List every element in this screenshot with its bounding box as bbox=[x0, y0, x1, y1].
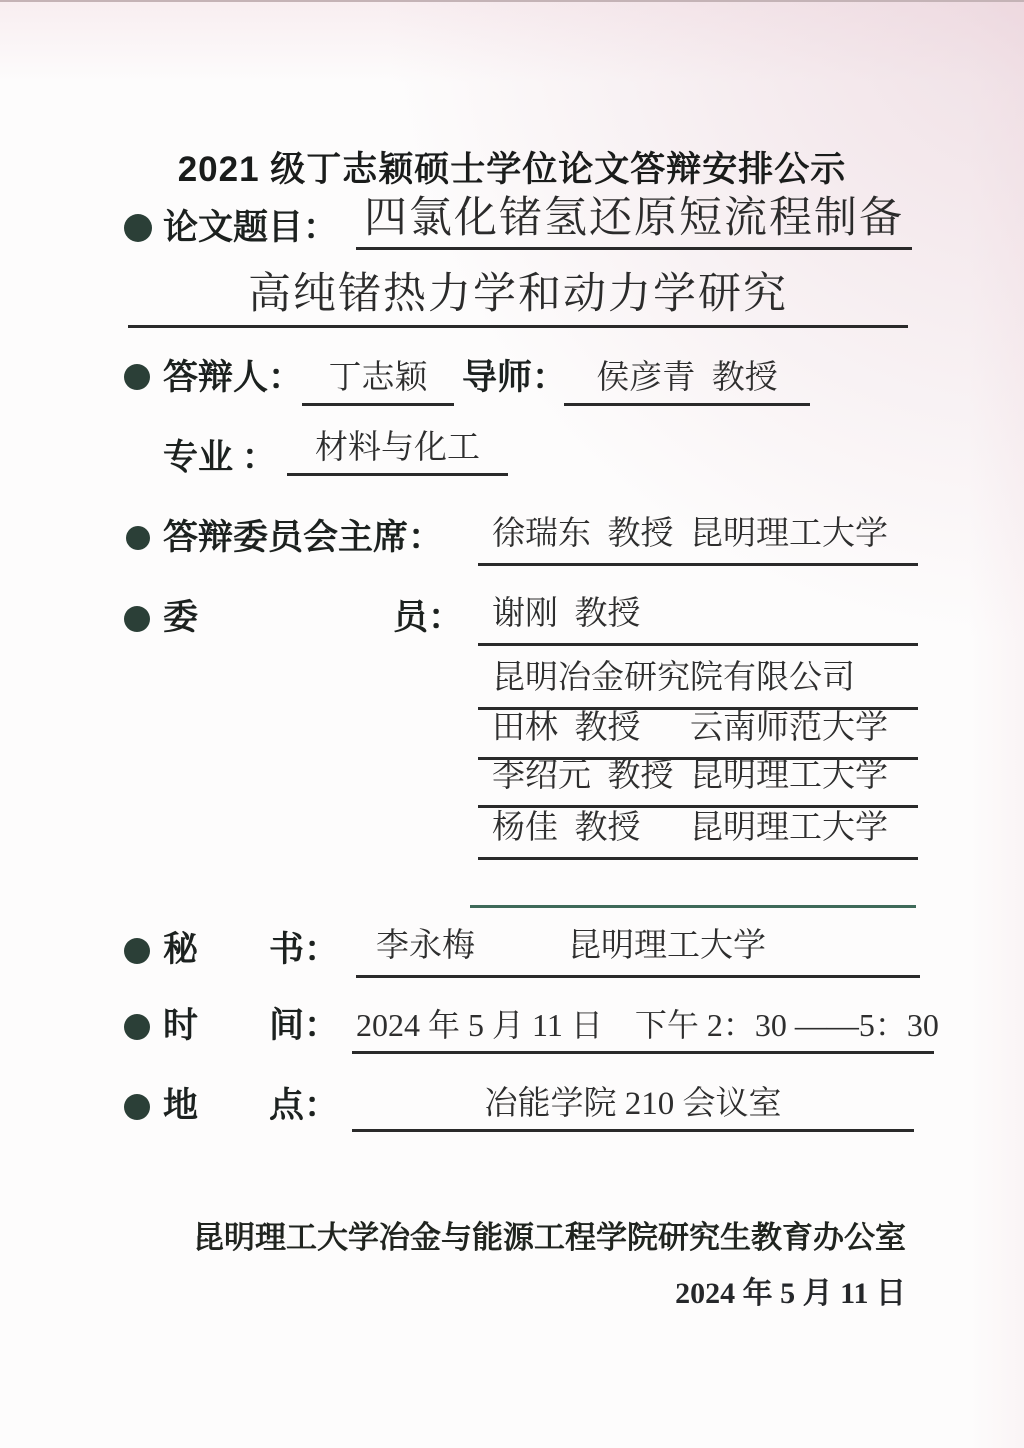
bullet-icon bbox=[124, 364, 150, 390]
committee-member-row: 李绍元 教授 昆明理工大学 bbox=[478, 762, 918, 808]
member-name: 谢刚 教授 bbox=[492, 594, 641, 635]
thesis-title-line2: 高纯锗热力学和动力学研究 bbox=[248, 271, 788, 318]
secretary-name: 李永梅 bbox=[376, 926, 475, 967]
bullet-icon bbox=[124, 1014, 150, 1040]
thesis-label: 论文题目： bbox=[163, 210, 338, 245]
thesis-title-line1-field: 四氯化锗氢还原短流程制备 bbox=[356, 192, 912, 250]
defender-name: 丁志颖 bbox=[329, 360, 428, 396]
bullet-icon bbox=[124, 214, 152, 242]
secretary-label-right: 书： bbox=[269, 932, 339, 967]
chair-org: 昆明理工大学 bbox=[690, 514, 888, 555]
bullet-icon bbox=[126, 526, 150, 550]
advisor-label: 导师： bbox=[462, 360, 567, 395]
scanned-announcement-page: 2021 级丁志颖硕士学位论文答辩安排公示 论文题目： 四氯化锗氢还原短流程制备… bbox=[0, 0, 1024, 1448]
committee-member-row-empty bbox=[470, 870, 916, 908]
thesis-title-line1: 四氯化锗氢还原短流程制备 bbox=[364, 195, 904, 242]
member-org: 云南师范大学 bbox=[690, 708, 888, 749]
defender-name-field: 丁志颖 bbox=[302, 358, 454, 406]
major-value-field: 材料与化工 bbox=[287, 428, 508, 476]
member-name: 田林 教授 bbox=[492, 708, 641, 749]
major-label: 专业 ： bbox=[163, 440, 277, 475]
committee-label: 委 员： bbox=[163, 600, 463, 635]
footer-date: 2024 年 5 月 11 日 bbox=[675, 1268, 906, 1312]
place-label-left: 地 bbox=[163, 1088, 198, 1123]
bullet-icon bbox=[124, 606, 150, 632]
secretary-org: 昆明理工大学 bbox=[568, 926, 766, 967]
chair-value-field: 徐瑞东 教授 昆明理工大学 bbox=[478, 516, 918, 566]
advisor-name: 侯彦青 教授 bbox=[596, 360, 778, 396]
time-label: 时 间： bbox=[163, 1008, 339, 1043]
time-label-right: 间： bbox=[269, 1008, 339, 1043]
time-value: 2024 年 5 月 11 日 下午 2：30 ——5：30 bbox=[356, 1005, 939, 1045]
member-org: 昆明理工大学 bbox=[690, 756, 888, 797]
page-title: 2021 级丁志颖硕士学位论文答辩安排公示 bbox=[0, 142, 1024, 192]
bullet-icon bbox=[124, 1094, 150, 1120]
committee-member-row: 田林 教授 云南师范大学 bbox=[478, 714, 918, 760]
advisor-name-field: 侯彦青 教授 bbox=[564, 358, 810, 406]
chair-label: 答辩委员会主席： bbox=[163, 520, 443, 555]
major-value: 材料与化工 bbox=[315, 430, 480, 466]
place-label-right: 点： bbox=[269, 1088, 339, 1123]
place-label: 地 点： bbox=[163, 1088, 339, 1123]
bullet-icon bbox=[124, 938, 150, 964]
member-org: 昆明理工大学 bbox=[690, 808, 888, 849]
place-value: 冶能学院 210 会议室 bbox=[485, 1086, 782, 1122]
committee-member-row: 昆明冶金研究院有限公司 bbox=[478, 658, 918, 710]
thesis-title-line2-field: 高纯锗热力学和动力学研究 bbox=[128, 268, 908, 328]
member-name: 杨佳 教授 bbox=[492, 808, 641, 849]
member-name: 李绍元 教授 bbox=[492, 756, 674, 797]
secretary-label: 秘 书： bbox=[163, 932, 339, 967]
secretary-label-left: 秘 bbox=[163, 932, 198, 967]
committee-label-left: 委 bbox=[163, 600, 198, 635]
chair-name: 徐瑞东 教授 bbox=[492, 514, 674, 555]
committee-member-row: 杨佳 教授 昆明理工大学 bbox=[478, 814, 918, 860]
committee-member-row: 谢刚 教授 bbox=[478, 596, 918, 646]
secretary-value-field: 李永梅 昆明理工大学 bbox=[356, 928, 920, 978]
place-value-field: 冶能学院 210 会议室 bbox=[352, 1084, 914, 1132]
time-value-field: 2024 年 5 月 11 日 下午 2：30 ——5：30 bbox=[352, 1004, 934, 1054]
footer-office: 昆明理工大学冶金与能源工程学院研究生教育办公室 bbox=[193, 1212, 906, 1257]
member-name: 昆明冶金研究院有限公司 bbox=[492, 658, 855, 699]
defender-label: 答辩人： bbox=[163, 360, 303, 395]
committee-label-right: 员： bbox=[393, 600, 463, 635]
time-label-left: 时 bbox=[163, 1008, 198, 1043]
